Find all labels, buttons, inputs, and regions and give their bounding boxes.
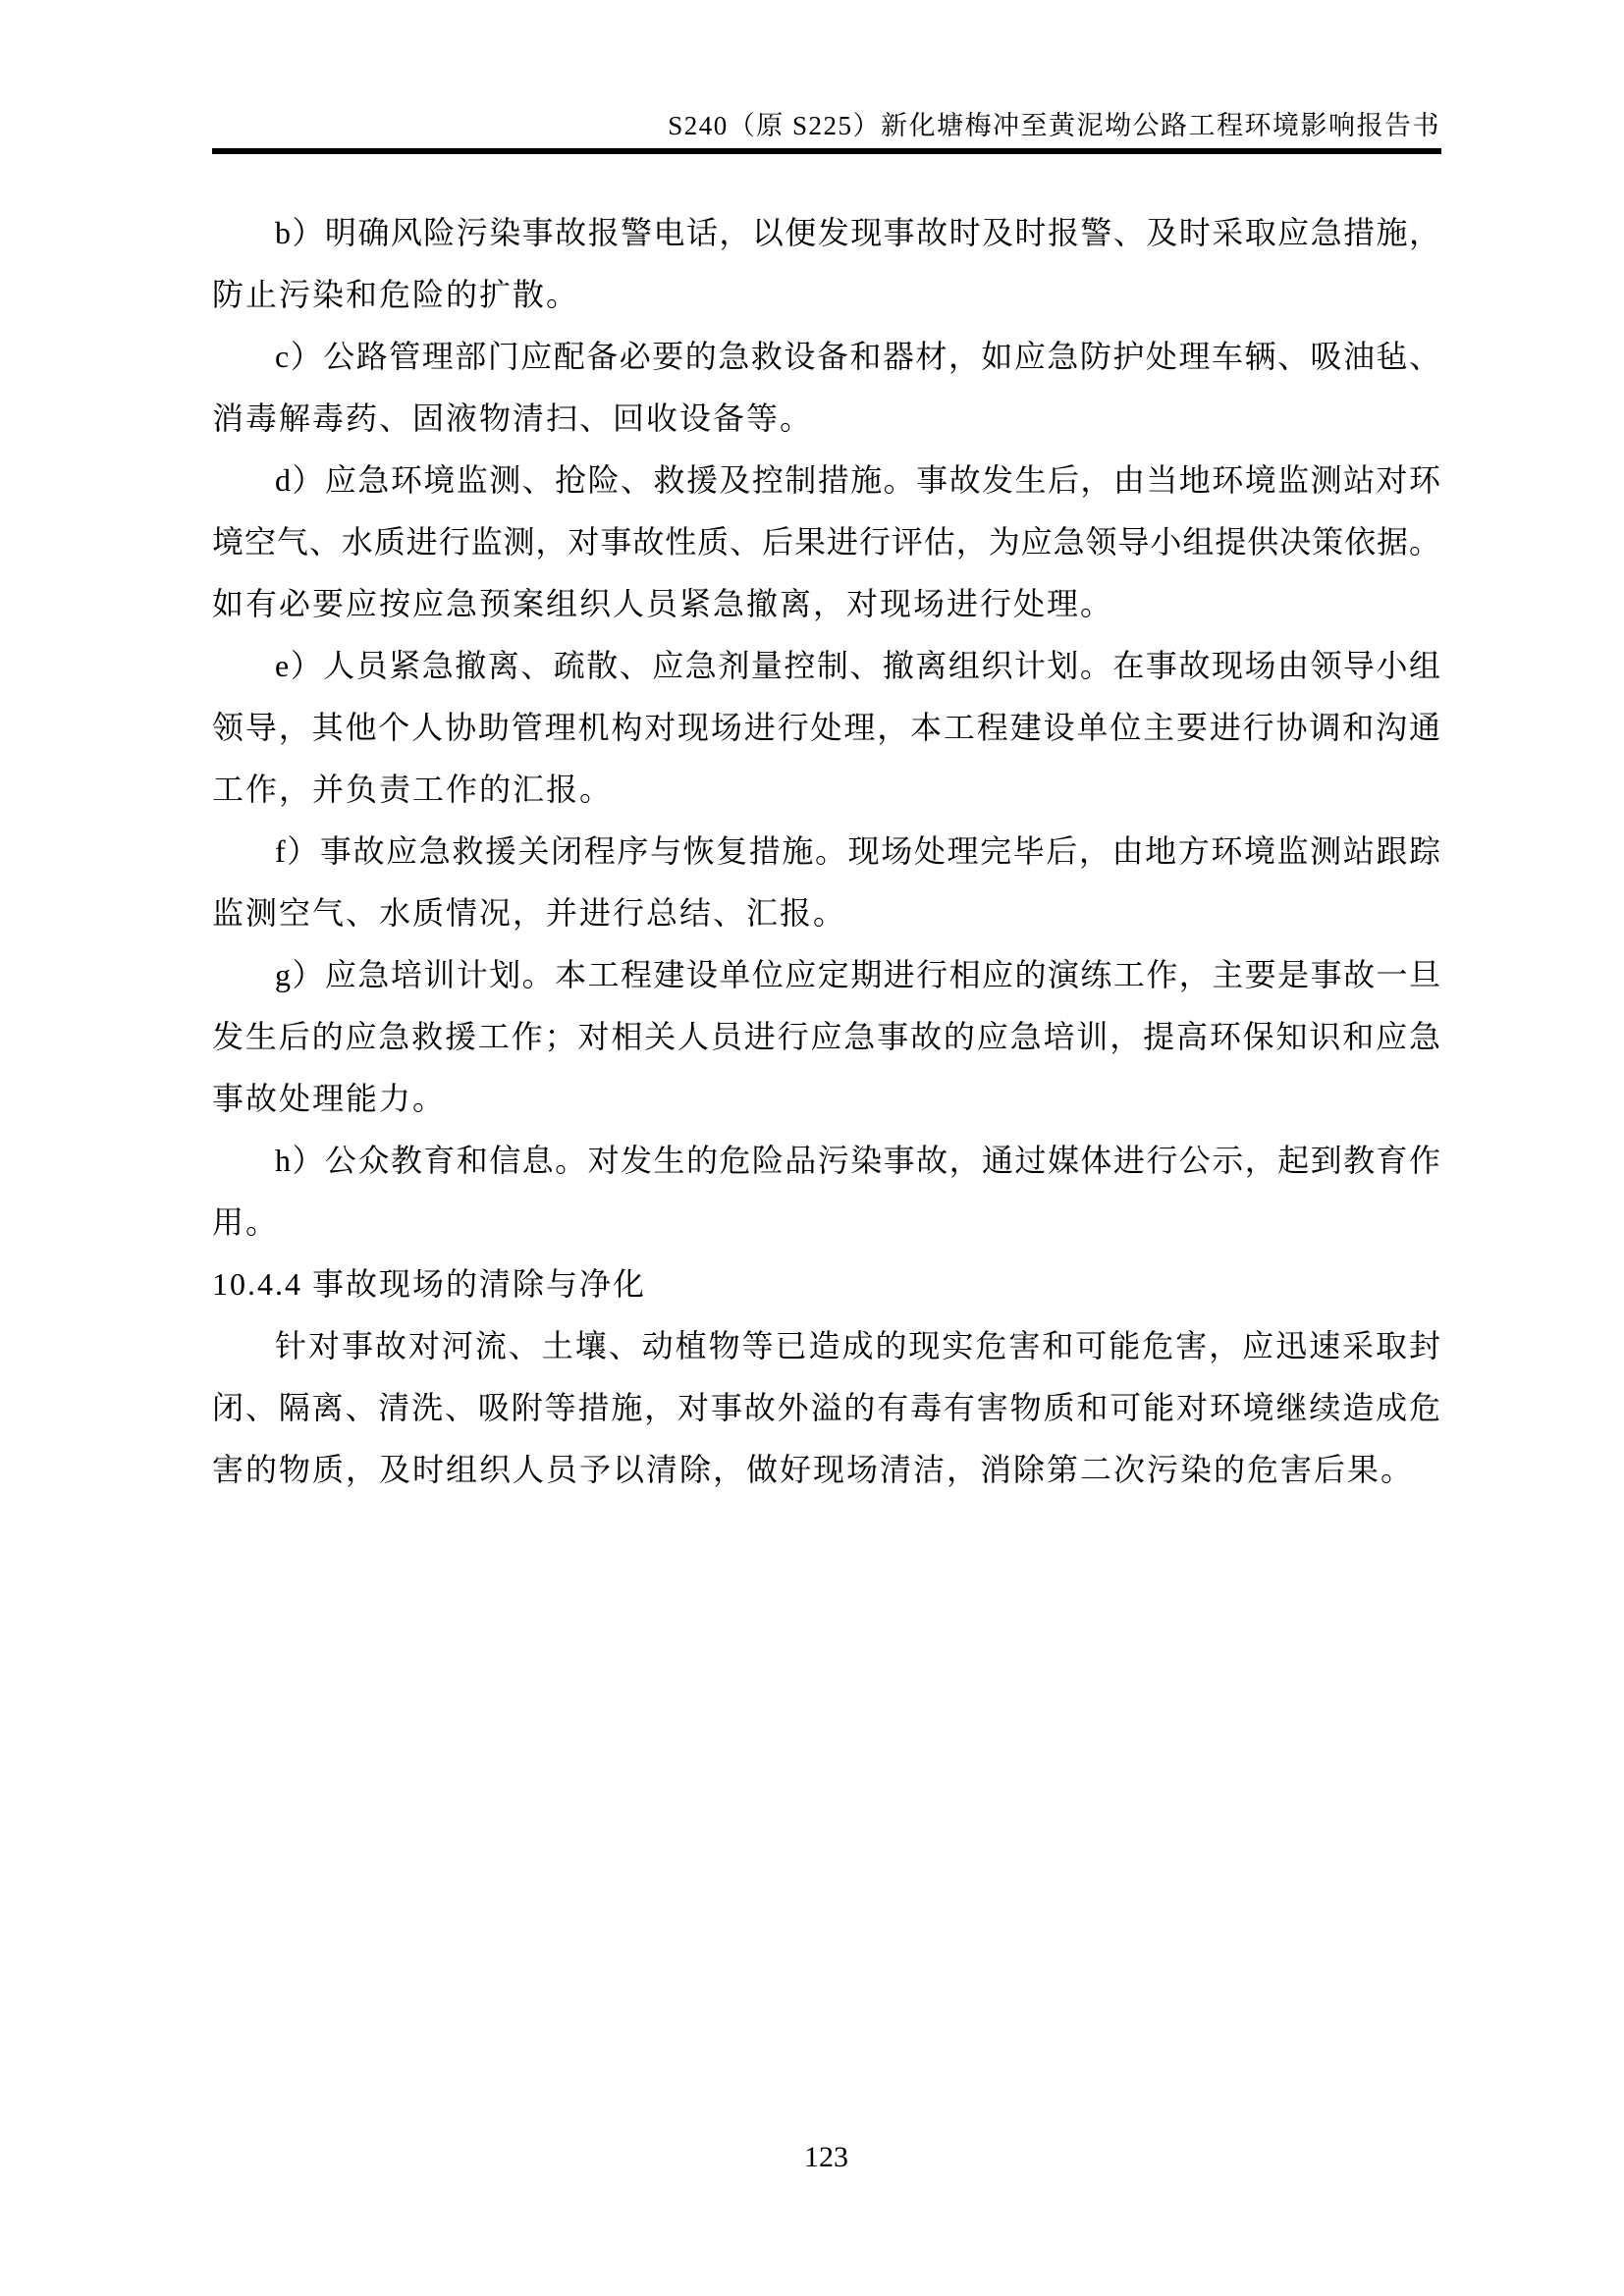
paragraph-closing: 针对事故对河流、土壤、动植物等已造成的现实危害和可能危害，应迅速采取封 闭、隔离… xyxy=(212,1315,1440,1501)
page-number: 123 xyxy=(212,2138,1440,2177)
text-line: 境空气、水质进行监测，对事故性质、后果进行评估，为应急领导小组提供决策依据。 xyxy=(212,511,1440,573)
document-page: S240（原 S225）新化塘梅冲至黄泥坳公路工程环境影响报告书 b）明确风险污… xyxy=(0,0,1624,2296)
section-heading-10-4-4: 10.4.4 事故现场的清除与净化 xyxy=(212,1254,1440,1315)
header-rule xyxy=(212,148,1441,154)
paragraph-b: b）明确风险污染事故报警电话，以便发现事故时及时报警、及时采取应急措施， 防止污… xyxy=(212,202,1440,326)
paragraph-f: f）事故应急救援关闭程序与恢复措施。现场处理完毕后，由地方环境监测站跟踪 监测空… xyxy=(212,821,1440,944)
text-line: d）应急环境监测、抢险、救援及控制措施。事故发生后，由当地环境监测站对环 xyxy=(212,450,1440,511)
text-line: h）公众教育和信息。对发生的危险品污染事故，通过媒体进行公示，起到教育作 xyxy=(212,1130,1440,1192)
paragraph-g: g）应急培训计划。本工程建设单位应定期进行相应的演练工作，主要是事故一旦 发生后… xyxy=(212,944,1440,1130)
text-line: 针对事故对河流、土壤、动植物等已造成的现实危害和可能危害，应迅速采取封 xyxy=(212,1315,1440,1377)
text-line: g）应急培训计划。本工程建设单位应定期进行相应的演练工作，主要是事故一旦 xyxy=(212,944,1440,1006)
paragraph-c: c）公路管理部门应配备必要的急救设备和器材，如应急防护处理车辆、吸油毡、 消毒解… xyxy=(212,326,1440,450)
paragraph-e: e）人员紧急撤离、疏散、应急剂量控制、撤离组织计划。在事故现场由领导小组 领导，… xyxy=(212,635,1440,821)
text-line: 闭、隔离、清洗、吸附等措施，对事故外溢的有毒有害物质和可能对环境继续造成危 xyxy=(212,1377,1440,1439)
text-line: 防止污染和危险的扩散。 xyxy=(212,264,1440,326)
paragraph-d: d）应急环境监测、抢险、救援及控制措施。事故发生后，由当地环境监测站对环 境空气… xyxy=(212,450,1440,635)
text-line: 用。 xyxy=(212,1192,1440,1254)
document-body: b）明确风险污染事故报警电话，以便发现事故时及时报警、及时采取应急措施， 防止污… xyxy=(212,202,1440,1501)
paragraph-h: h）公众教育和信息。对发生的危险品污染事故，通过媒体进行公示，起到教育作 用。 xyxy=(212,1130,1440,1254)
text-line: 领导，其他个人协助管理机构对现场进行处理，本工程建设单位主要进行协调和沟通 xyxy=(212,697,1440,759)
text-line: 事故处理能力。 xyxy=(212,1068,1440,1130)
text-line: 消毒解毒药、固液物清扫、回收设备等。 xyxy=(212,388,1440,450)
text-line: e）人员紧急撤离、疏散、应急剂量控制、撤离组织计划。在事故现场由领导小组 xyxy=(212,635,1440,697)
text-line: 工作，并负责工作的汇报。 xyxy=(212,759,1440,821)
section-heading: 10.4.4 事故现场的清除与净化 xyxy=(212,1254,1440,1315)
text-line: 如有必要应按应急预案组织人员紧急撤离，对现场进行处理。 xyxy=(212,573,1440,635)
text-line: 发生后的应急救援工作；对相关人员进行应急事故的应急培训，提高环保知识和应急 xyxy=(212,1006,1440,1068)
text-line: 监测空气、水质情况，并进行总结、汇报。 xyxy=(212,882,1440,944)
text-line: b）明确风险污染事故报警电话，以便发现事故时及时报警、及时采取应急措施， xyxy=(212,202,1440,264)
text-line: f）事故应急救援关闭程序与恢复措施。现场处理完毕后，由地方环境监测站跟踪 xyxy=(212,821,1440,882)
report-header-title: S240（原 S225）新化塘梅冲至黄泥坳公路工程环境影响报告书 xyxy=(212,108,1440,143)
text-line: c）公路管理部门应配备必要的急救设备和器材，如应急防护处理车辆、吸油毡、 xyxy=(212,326,1440,388)
text-line: 害的物质，及时组织人员予以清除，做好现场清洁，消除第二次污染的危害后果。 xyxy=(212,1439,1440,1501)
